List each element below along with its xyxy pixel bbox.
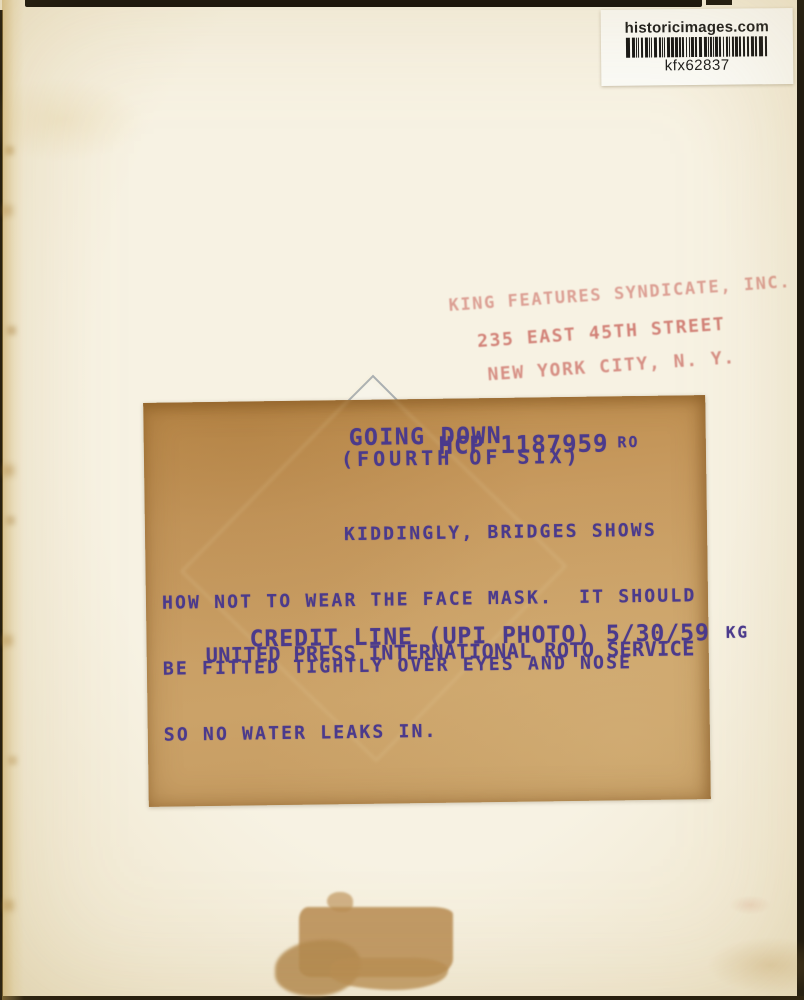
caption-body-line: KIDDINGLY, BRIDGES SHOWS	[161, 519, 696, 548]
stamp-line: KING FEATURES SYNDICATE, INC.	[448, 272, 789, 316]
right-edge-mark	[797, 0, 804, 1000]
tape-stain-tail	[330, 958, 448, 990]
label-site-text: historicimages.com	[624, 19, 769, 37]
press-photo-back: historicimages.com kfx62837 KING FEATURE…	[0, 0, 804, 1000]
barcode-code-text: kfx62837	[665, 58, 730, 75]
syndicate-address-stamp: KING FEATURES SYNDICATE, INC. 235 EAST 4…	[448, 272, 794, 387]
bottom-edge-mark	[0, 996, 804, 1000]
credit-suffix: KG	[726, 623, 750, 642]
aged-left-band	[2, 0, 24, 1000]
historicimages-label: historicimages.com kfx62837	[601, 8, 794, 86]
top-edge-mark	[25, 0, 702, 7]
caption-body-line: SO NO WATER LEAKS IN.	[164, 717, 699, 746]
stamp-line: 235 EAST 45TH STREET	[477, 309, 792, 352]
top-edge-mark-small	[706, 0, 732, 5]
caption-paper: HCP 1187959RO GOING DOWN (FOURTH OF SIX)…	[143, 395, 711, 807]
age-speckles	[0, 0, 1, 1]
stamp-line: NEW YORK CITY, N. Y.	[487, 343, 794, 385]
barcode	[615, 36, 779, 58]
caption-id-suffix: RO	[617, 433, 639, 451]
caption-subtitle: (FOURTH OF SIX)	[341, 444, 582, 471]
